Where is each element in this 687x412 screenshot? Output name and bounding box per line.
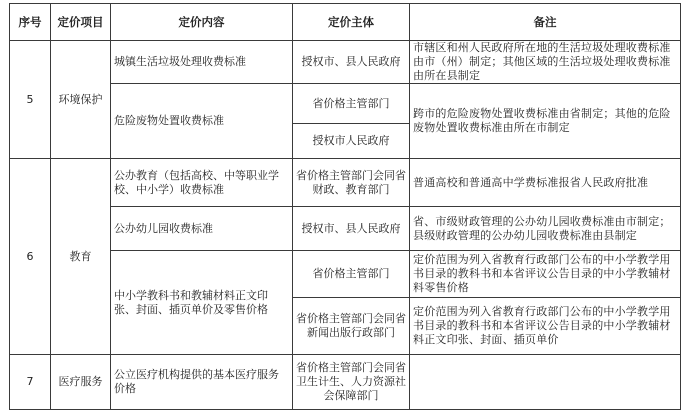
subject-cell: 授权市、县人民政府 [293,207,410,251]
header-subject: 定价主体 [293,4,410,41]
index-cell: 7 [10,355,51,410]
subject-cell: 省价格主管部门 [293,251,410,298]
content-cell: 公办教育（包括高校、中等职业学校、中小学）收费标准 [111,159,293,207]
content-cell: 中小学教科书和教辅材料正文印张、封面、插页单价及零售价格 [111,251,293,355]
note-cell: 普通高校和普通高中学费标准报省人民政府批准 [410,159,681,207]
subject-cell: 省价格主管部门会同省卫生计生、人力资源社会保障部门 [293,355,410,410]
header-note: 备注 [410,4,681,41]
item-cell: 医疗服务 [51,355,111,410]
header-row: 序号 定价项目 定价内容 定价主体 备注 [10,4,681,41]
content-cell: 城镇生活垃圾处理收费标准 [111,41,293,84]
table-row: 6 教育 公办教育（包括高校、中等职业学校、中小学）收费标准 省价格主管部门会同… [10,159,681,207]
content-cell: 公立医疗机构提供的基本医疗服务价格 [111,355,293,410]
index-cell: 6 [10,159,51,355]
subject-cell: 省价格主管部门 [293,84,410,124]
index-cell: 5 [10,41,51,159]
table-row: 公办幼儿园收费标准 授权市、县人民政府 省、市级财政管理的公办幼儿园收费标准由市… [10,207,681,251]
content-cell: 危险废物处置收费标准 [111,84,293,159]
subject-cell: 省价格主管部门会同省财政、教育部门 [293,159,410,207]
note-cell: 省、市级财政管理的公办幼儿园收费标准由市制定；县级财政管理的公办幼儿园收费标准由… [410,207,681,251]
table-row: 7 医疗服务 公立医疗机构提供的基本医疗服务价格 省价格主管部门会同省卫生计生、… [10,355,681,410]
note-cell [410,355,681,410]
header-content: 定价内容 [111,4,293,41]
note-cell: 定价范围为列入省教育行政部门公布的中小学教学用书目录的教科书和本省评议公告目录的… [410,298,681,355]
table-row: 危险废物处置收费标准 省价格主管部门 跨市的危险废物处置收费标准由省制定；其他的… [10,84,681,124]
table-row: 中小学教科书和教辅材料正文印张、封面、插页单价及零售价格 省价格主管部门 定价范… [10,251,681,298]
item-cell: 环境保护 [51,41,111,159]
subject-cell: 省价格主管部门会同省新闻出版行政部门 [293,298,410,355]
note-cell: 定价范围为列入省教育行政部门公布的中小学教学用书目录的教科书和本省评议公告目录的… [410,251,681,298]
header-item: 定价项目 [51,4,111,41]
subject-cell: 授权市人民政府 [293,124,410,159]
content-cell: 公办幼儿园收费标准 [111,207,293,251]
note-cell: 市辖区和州人民政府所在地的生活垃圾处理收费标准由市（州）制定；其他区域的生活垃圾… [410,41,681,84]
table-row: 5 环境保护 城镇生活垃圾处理收费标准 授权市、县人民政府 市辖区和州人民政府所… [10,41,681,84]
subject-cell: 授权市、县人民政府 [293,41,410,84]
header-index: 序号 [10,4,51,41]
pricing-catalog-table: 序号 定价项目 定价内容 定价主体 备注 5 环境保护 城镇生活垃圾处理收费标准… [9,3,681,410]
item-cell: 教育 [51,159,111,355]
note-cell: 跨市的危险废物处置收费标准由省制定；其他的危险废物处置收费标准由所在市制定 [410,84,681,159]
